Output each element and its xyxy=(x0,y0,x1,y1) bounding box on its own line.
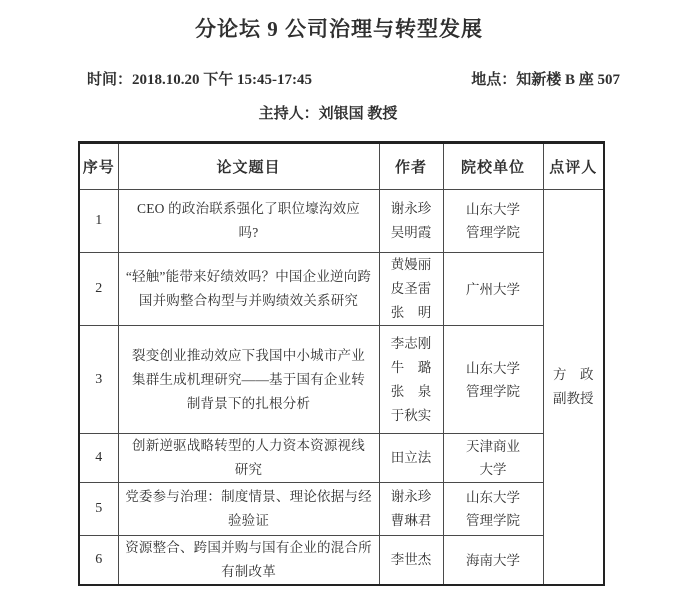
affiliation-cell: 山东大学 管理学院 xyxy=(443,483,543,536)
authors-cell: 李世杰 xyxy=(379,536,443,586)
affiliation-cell: 天津商业 大学 xyxy=(443,434,543,483)
column-header-reviewer: 点评人 xyxy=(543,143,604,190)
paper-title-cell: CEO 的政治联系强化了职位壕沟效应 吗? xyxy=(118,190,379,253)
column-header-authors: 作者 xyxy=(379,143,443,190)
affiliation-cell: 山东大学 管理学院 xyxy=(443,190,543,253)
column-header-paper-title: 论文题目 xyxy=(118,143,379,190)
table-header-row: 序号 论文题目 作者 院校单位 点评人 xyxy=(79,143,604,190)
table-row: 6 资源整合、跨国并购与国有企业的混合所 有制改革 李世杰 海南大学 xyxy=(79,536,604,586)
affiliation-cell: 海南大学 xyxy=(443,536,543,586)
authors-cell: 黄嫚丽 皮圣雷 张 明 xyxy=(379,253,443,326)
row-number-cell: 5 xyxy=(79,483,118,536)
session-time: 时间：2018.10.20 下午 15:45-17:45 xyxy=(87,70,312,91)
session-info-row: 时间：2018.10.20 下午 15:45-17:45 地点：知新楼 B 座 … xyxy=(0,70,678,91)
authors-cell: 谢永珍 吴明霞 xyxy=(379,190,443,253)
column-header-no: 序号 xyxy=(79,143,118,190)
authors-cell: 田立法 xyxy=(379,434,443,483)
table-row: 3 裂变创业推动效应下我国中小城市产业 集群生成机理研究——基于国有企业转 制背… xyxy=(79,326,604,434)
paper-title-cell: 创新逆驱战略转型的人力资本资源视线 研究 xyxy=(118,434,379,483)
table-row: 5 党委参与治理：制度情景、理论依据与经 验验证 谢永珍 曹琳君 山东大学 管理… xyxy=(79,483,604,536)
table-row: 1 CEO 的政治联系强化了职位壕沟效应 吗? 谢永珍 吴明霞 山东大学 管理学… xyxy=(79,190,604,253)
page-title: 分论坛 9 公司治理与转型发展 xyxy=(0,14,678,44)
paper-title-cell: “轻触”能带来好绩效吗？中国企业逆向跨 国并购整合构型与并购绩效关系研究 xyxy=(118,253,379,326)
program-table: 序号 论文题目 作者 院校单位 点评人 1 CEO 的政治联系强化了职位壕沟效应… xyxy=(78,141,605,586)
column-header-affiliation: 院校单位 xyxy=(443,143,543,190)
reviewer-cell: 方 政 副教授 xyxy=(543,190,604,586)
row-number-cell: 4 xyxy=(79,434,118,483)
row-number-cell: 6 xyxy=(79,536,118,586)
row-number-cell: 3 xyxy=(79,326,118,434)
table-row: 4 创新逆驱战略转型的人力资本资源视线 研究 田立法 天津商业 大学 xyxy=(79,434,604,483)
affiliation-cell: 广州大学 xyxy=(443,253,543,326)
table-row: 2 “轻触”能带来好绩效吗？中国企业逆向跨 国并购整合构型与并购绩效关系研究 黄… xyxy=(79,253,604,326)
paper-title-cell: 党委参与治理：制度情景、理论依据与经 验验证 xyxy=(118,483,379,536)
authors-cell: 谢永珍 曹琳君 xyxy=(379,483,443,536)
authors-cell: 李志刚 牛 璐 张 泉 于秋实 xyxy=(379,326,443,434)
row-number-cell: 1 xyxy=(79,190,118,253)
row-number-cell: 2 xyxy=(79,253,118,326)
paper-title-cell: 资源整合、跨国并购与国有企业的混合所 有制改革 xyxy=(118,536,379,586)
session-host: 主持人：刘银国 教授 xyxy=(0,104,667,125)
paper-title-cell: 裂变创业推动效应下我国中小城市产业 集群生成机理研究——基于国有企业转 制背景下… xyxy=(118,326,379,434)
affiliation-cell: 山东大学 管理学院 xyxy=(443,326,543,434)
session-location: 地点：知新楼 B 座 507 xyxy=(471,70,620,91)
